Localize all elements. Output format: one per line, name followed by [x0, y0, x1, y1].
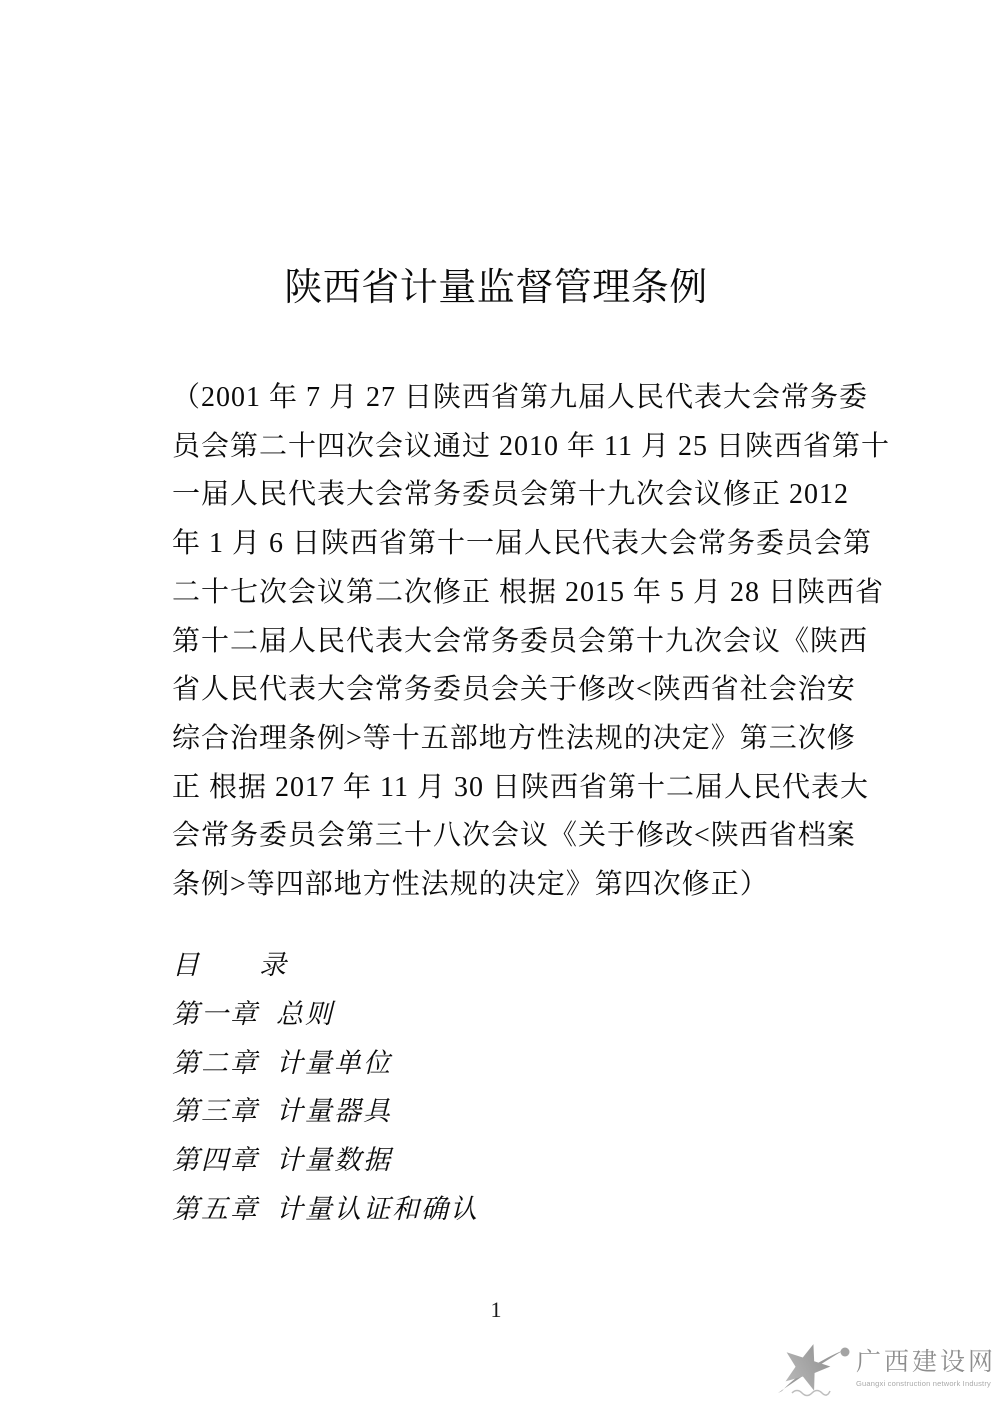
- intro-line: 会常务委员会第三十八次会议《关于修改<陕西省档案: [172, 812, 824, 861]
- toc-chapter-title: 计量器具: [276, 1087, 392, 1136]
- toc-chapter-label: 第三章: [172, 1087, 260, 1136]
- toc-chapter-title: 总则: [276, 990, 334, 1039]
- intro-line: 年 1 月 6 日陕西省第十一届人民代表大会常务委员会第: [172, 520, 824, 569]
- intro-line: 一届人民代表大会常务委员会第十九次会议修正 2012: [172, 471, 824, 520]
- watermark: 广西建设网 Guangxi construction network Indus…: [776, 1339, 990, 1399]
- table-of-contents: 目 录 第一章 总则 第二章 计量单位 第三章 计量器具 第四章 计量数据 第五…: [172, 941, 824, 1234]
- toc-row: 第一章 总则: [172, 990, 824, 1039]
- star-logo-icon: [776, 1341, 854, 1403]
- toc-chapter-label: 第二章: [172, 1039, 260, 1088]
- toc-chapter-label: 第一章: [172, 990, 260, 1039]
- intro-line: 综合治理条例>等十五部地方性法规的决定》第三次修: [172, 715, 824, 764]
- document-title: 陕西省计量监督管理条例: [0, 264, 992, 312]
- toc-chapter-label: 第五章: [172, 1185, 260, 1234]
- intro-line: （2001 年 7 月 27 日陕西省第九届人民代表大会常务委: [172, 374, 824, 423]
- intro-line: 省人民代表大会常务委员会关于修改<陕西省社会治安: [172, 666, 824, 715]
- intro-paragraph: （2001 年 7 月 27 日陕西省第九届人民代表大会常务委 员会第二十四次会…: [172, 374, 824, 910]
- toc-row: 第二章 计量单位: [172, 1039, 824, 1088]
- watermark-text-block: 广西建设网 Guangxi construction network Indus…: [856, 1339, 992, 1389]
- watermark-site-name: 广西建设网: [856, 1349, 992, 1377]
- intro-line: 第十二届人民代表大会常务委员会第十九次会议《陕西: [172, 618, 824, 667]
- page-number: 1: [0, 1297, 992, 1323]
- toc-chapter-title: 计量单位: [276, 1039, 392, 1088]
- watermark-tagline: Guangxi construction network Industry Ed…: [856, 1379, 992, 1389]
- toc-row: 第四章 计量数据: [172, 1136, 824, 1185]
- intro-line: 条例>等四部地方性法规的决定》第四次修正）: [172, 861, 824, 910]
- toc-row: 第三章 计量器具: [172, 1087, 824, 1136]
- intro-line: 正 根据 2017 年 11 月 30 日陕西省第十二届人民代表大: [172, 764, 824, 813]
- toc-heading: 目 录: [172, 941, 824, 990]
- toc-row: 第五章 计量认证和确认: [172, 1185, 824, 1234]
- toc-chapter-title: 计量认证和确认: [276, 1185, 479, 1234]
- intro-line: 二十七次会议第二次修正 根据 2015 年 5 月 28 日陕西省: [172, 569, 824, 618]
- intro-line: 员会第二十四次会议通过 2010 年 11 月 25 日陕西省第十: [172, 423, 824, 472]
- toc-chapter-title: 计量数据: [276, 1136, 392, 1185]
- toc-chapter-label: 第四章: [172, 1136, 260, 1185]
- document-page: 陕西省计量监督管理条例 （2001 年 7 月 27 日陕西省第九届人民代表大会…: [0, 0, 992, 1403]
